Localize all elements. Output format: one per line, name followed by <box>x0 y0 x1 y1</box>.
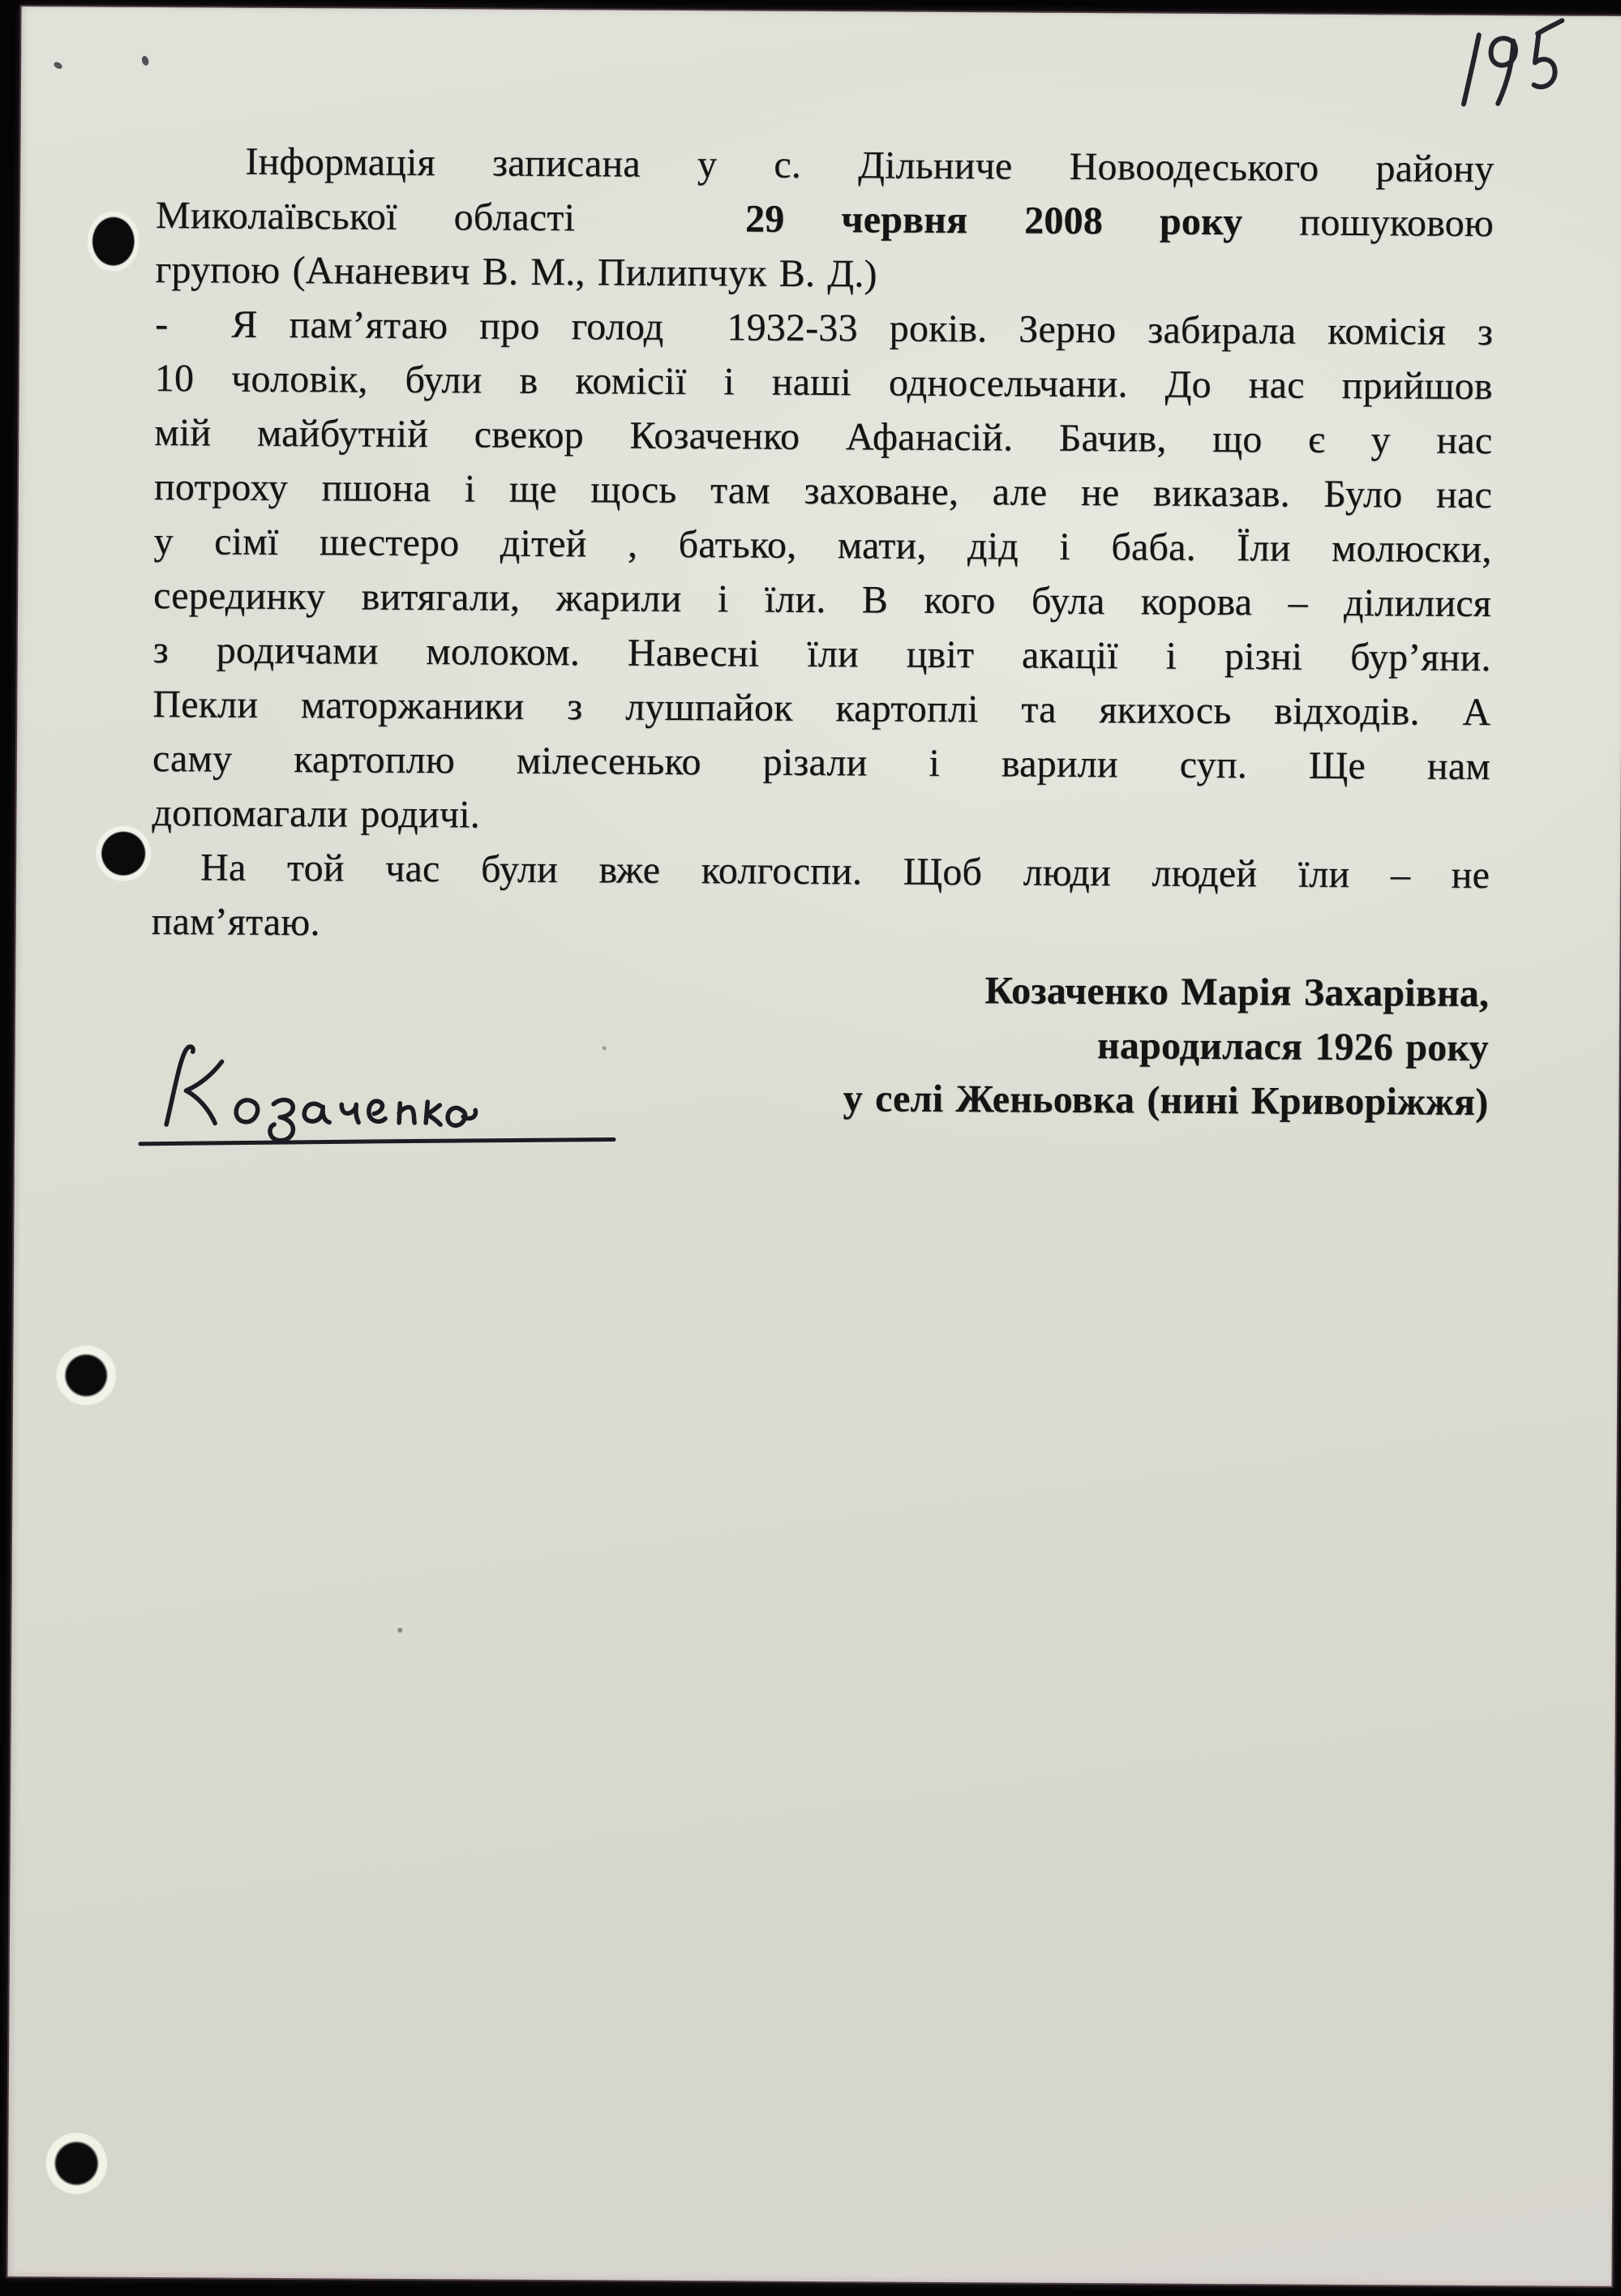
text-segment: групою (Ананевич В. М., Пилипчук В. Д.) <box>155 248 877 295</box>
text-line: пам’ятаю. <box>151 894 1489 957</box>
punch-hole <box>45 2132 107 2194</box>
punch-hole <box>96 826 151 881</box>
signature-e <box>369 1101 386 1121</box>
text-line: з родичами молоком. Навесні їли цвіт ака… <box>153 623 1491 685</box>
text-segment: серединку витягали, жарили і їли. В кого… <box>153 574 1491 625</box>
paragraph: Інформація записана у с. Дільниче Новоод… <box>155 134 1494 305</box>
text-segment: 10 чоловік, були в комісії і наші односе… <box>155 357 1493 408</box>
text-line: серединку витягали, жарили і їли. В кого… <box>153 568 1491 631</box>
text-line: мій майбутній свекор Козаченко Афанасій.… <box>154 405 1492 468</box>
signature-z <box>270 1100 294 1141</box>
text-line: потроху пшона і ще щось там заховане, ал… <box>154 460 1492 522</box>
text-line: групою (Ананевич В. М., Пилипчук В. Д.) <box>155 242 1493 305</box>
text-line: Пекли маторжаники з лушпайок картоплі та… <box>152 677 1490 739</box>
signature-n <box>399 1103 414 1123</box>
paper-sheet: Інформація записана у с. Дільниче Новоод… <box>7 6 1621 2286</box>
text-segment: з родичами молоком. Навесні їли цвіт ака… <box>153 628 1491 679</box>
signature-ch <box>341 1104 358 1122</box>
signature-k2 <box>426 1102 440 1124</box>
signature-o-tail <box>448 1107 475 1125</box>
digit-1-stroke <box>1455 35 1488 104</box>
signature-underline <box>140 1137 614 1147</box>
signature-k-arms <box>186 1061 221 1123</box>
text-segment: На той час були вже колгоспи. Щоб люди л… <box>200 846 1490 897</box>
body-text: Інформація записана у с. Дільниче Новоод… <box>150 134 1494 1129</box>
handwritten-signature <box>134 1034 621 1159</box>
ink-speck <box>53 61 63 70</box>
scanned-page: Інформація записана у с. Дільниче Новоод… <box>0 0 1621 2296</box>
digit-5-body <box>1527 32 1556 88</box>
paragraph: - Я пам’ятаю про голод 1932-33 років. Зе… <box>152 297 1493 848</box>
text-segment: пам’ятаю. <box>152 900 320 944</box>
text-line: допомагали родичі. <box>152 786 1490 848</box>
text-line: На той час були вже колгоспи. Щоб люди л… <box>152 840 1490 902</box>
text-segment: Миколаївської області <box>156 194 745 240</box>
text-line: саму картоплю мілесенько різали і варили… <box>152 731 1490 794</box>
signature-k-stem <box>166 1047 193 1124</box>
signature-o <box>236 1100 258 1122</box>
digit-5-bar <box>1537 20 1563 33</box>
text-line: 10 чоловік, були в комісії і наші односе… <box>155 351 1493 413</box>
punch-hole <box>56 1345 116 1405</box>
signature-a <box>304 1103 329 1122</box>
text-segment: саму картоплю мілесенько різали і варили… <box>152 737 1490 788</box>
text-line: - Я пам’ятаю про голод 1932-33 років. Зе… <box>155 297 1493 359</box>
text-segment: мій майбутній свекор Козаченко Афанасій.… <box>154 411 1492 462</box>
text-line: Інформація записана у с. Дільниче Новоод… <box>156 134 1494 196</box>
ink-speck <box>397 1628 402 1633</box>
text-segment: Пекли маторжаники з лушпайок картоплі та… <box>152 683 1490 734</box>
text-segment: потроху пшона і ще щось там заховане, ал… <box>154 465 1492 516</box>
text-segment: допомагали родичі. <box>152 791 480 836</box>
handwritten-page-number <box>1430 8 1580 123</box>
text-segment: пошуковою <box>1242 200 1494 245</box>
paragraphs: Інформація записана у с. Дільниче Новоод… <box>151 134 1494 957</box>
attribution-line: Козаченко Марія Захарівна, <box>151 958 1489 1021</box>
punch-hole <box>88 211 139 271</box>
ink-speck <box>141 55 150 66</box>
paragraph: На той час були вже колгоспи. Щоб люди л… <box>151 840 1490 957</box>
bold-text-segment: 29 червня 2008 року <box>745 197 1243 243</box>
ink-speck <box>603 1046 607 1050</box>
text-segment: - Я пам’ятаю про голод 1932-33 років. Зе… <box>155 302 1493 353</box>
text-segment: Інформація записана у с. Дільниче Новоод… <box>245 140 1494 191</box>
text-line: у сімї шестеро дітей , батько, мати, дід… <box>153 514 1491 576</box>
text-segment: у сімї шестеро дітей , батько, мати, дід… <box>153 520 1491 571</box>
text-line: Миколаївської області 29 червня 2008 рок… <box>156 188 1494 251</box>
